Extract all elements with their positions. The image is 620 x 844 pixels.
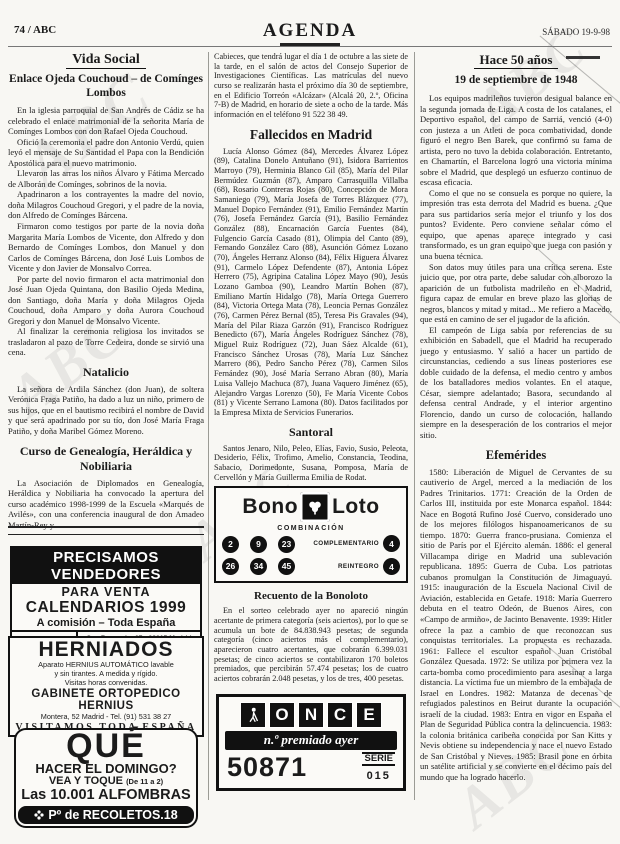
once-logo: O N C E bbox=[225, 702, 397, 728]
once-results-box: O N C E n.º premiado ayer 50871 SERIE 01… bbox=[216, 694, 406, 791]
recuento-paragraph: En el sorteo celebrado ayer no apareció … bbox=[214, 606, 408, 683]
enlace-paragraph: En la iglesia parroquial de San Andrés d… bbox=[8, 105, 204, 137]
bonoloto-logo: Bono Loto bbox=[222, 492, 400, 522]
reintegro-number: 4 bbox=[383, 558, 400, 575]
bonoloto-logo-left: Bono bbox=[242, 495, 298, 519]
ad-note: (De 11 a 2) bbox=[126, 777, 163, 786]
ad-big-word: QUÉ bbox=[18, 730, 194, 762]
hace50-paragraph: Como el que no se consuela es porque no … bbox=[420, 188, 612, 262]
enlace-paragraph: Por parte del novio firmaron el acta mat… bbox=[8, 274, 204, 327]
efemerides-heading: Efemérides bbox=[420, 448, 612, 463]
clover-icon bbox=[300, 492, 330, 522]
hace50-paragraph: El campeón de Liga sabía por referencias… bbox=[420, 325, 612, 441]
header-rule-accent bbox=[280, 43, 340, 46]
enlace-paragraph: Al finalizar la ceremonia religiosa los … bbox=[8, 326, 204, 358]
once-letter: O bbox=[269, 702, 295, 728]
column-agenda-center: Cabieces, que tendrá lugar el día 1 de o… bbox=[214, 52, 408, 838]
fallecidos-heading: Fallecidos en Madrid bbox=[214, 127, 408, 143]
header-rule bbox=[8, 46, 612, 47]
ad-line: PARA VENTA bbox=[12, 585, 200, 599]
ad-line: Las 10.001 ALFOMBRAS bbox=[18, 788, 194, 804]
enlace-paragraph: Firmaron como testigos por parte de la n… bbox=[8, 221, 204, 274]
bonoloto-number: 2 bbox=[222, 536, 239, 553]
ads-divider-rule bbox=[8, 526, 204, 535]
natalicio-paragraph: La señora de Ardila Sánchez (don Juan), … bbox=[8, 384, 204, 437]
flower-icon bbox=[34, 810, 44, 820]
bonoloto-number: 45 bbox=[278, 558, 295, 575]
ad-address-banner: Pº de RECOLETOS.18 bbox=[18, 806, 194, 824]
ad-line: A comisión – Toda España bbox=[12, 617, 200, 629]
bonoloto-results-box: Bono Loto COMBINACIÓN 2 9 23 26 34 45 bbox=[214, 486, 408, 583]
enlace-paragraph: Ofició la ceremonia el padre don Antonio… bbox=[8, 137, 204, 169]
hace50-paragraph: Son datos muy útiles para una crítica se… bbox=[420, 262, 612, 325]
bonoloto-numbers: 2 9 23 26 34 45 bbox=[222, 536, 299, 575]
once-tagline: n.º premiado ayer bbox=[225, 731, 397, 750]
hace50-heading: Hace 50 años bbox=[420, 52, 612, 68]
santoral-paragraph: Santos Jenaro, Nilo, Peleo, Elías, Favio… bbox=[214, 444, 408, 483]
hace50-paragraph: Los equipos madrileños tuvieron desigual… bbox=[420, 93, 612, 188]
enlace-paragraph: Apadrinaron a los contrayentes la madre … bbox=[8, 189, 204, 221]
serie-value: 015 bbox=[367, 770, 391, 782]
column-separator bbox=[414, 52, 415, 800]
ad-banner: PRECISAMOS VENDEDORES bbox=[12, 548, 200, 584]
bonoloto-number: 26 bbox=[222, 558, 239, 575]
complementary-label: COMPLEMENTARIO bbox=[313, 540, 379, 547]
bonoloto-number: 23 bbox=[278, 536, 295, 553]
blind-person-icon bbox=[240, 702, 266, 728]
efemerides-paragraph: 1580: Liberación de Miguel de Cervantes … bbox=[420, 467, 612, 783]
ad-line: HACER EL DOMINGO? bbox=[18, 762, 194, 775]
vida-social-heading: Vida Social bbox=[8, 52, 204, 68]
page-date: SÁBADO 19-9-98 bbox=[542, 27, 610, 37]
ad-line: GABINETE ORTOPEDICO HERNIUS bbox=[12, 688, 200, 712]
reintegro-label: REINTEGRO bbox=[338, 563, 379, 570]
curso-heading: Curso de Genealogía, Heráldica y Nobilia… bbox=[8, 444, 204, 474]
hace50-date-heading: 19 de septiembre de 1948 bbox=[420, 74, 612, 86]
recuento-heading: Recuento de la Bonoloto bbox=[214, 590, 408, 602]
santoral-heading: Santoral bbox=[214, 425, 408, 440]
column-vida-social: Vida Social Enlace Ojeda Couchoud – de C… bbox=[8, 52, 204, 838]
once-winning-number: 50871 bbox=[227, 754, 307, 781]
curso-continuation-paragraph: Cabieces, que tendrá lugar el día 1 de o… bbox=[214, 52, 408, 120]
ad-line: y sin tirantes. A medida y rígido. bbox=[12, 669, 200, 678]
fallecidos-list: Lucía Alonso Gómez (84), Mercedes Álvare… bbox=[214, 147, 408, 418]
ad-alfombras[interactable]: QUÉ HACER EL DOMINGO? VEA Y TOQUE (De 11… bbox=[14, 728, 198, 828]
bonoloto-logo-right: Loto bbox=[332, 495, 379, 519]
column-hace-50-anos: Hace 50 años 19 de septiembre de 1948 Lo… bbox=[420, 52, 612, 838]
ad-line: Aparato HERNIUS AUTOMÁTICO lavable bbox=[12, 660, 200, 669]
ad-herniados[interactable]: HERNIADOS Aparato HERNIUS AUTOMÁTICO lav… bbox=[8, 636, 204, 737]
combination-label: COMBINACIÓN bbox=[222, 525, 400, 532]
ad-address: Montera, 52 Madrid - Tel. (91) 531 38 27 bbox=[12, 712, 200, 721]
complementary-number: 4 bbox=[383, 535, 400, 552]
ad-title: HERNIADOS bbox=[12, 639, 200, 660]
ad-line: Visitas horas convenidas. bbox=[12, 678, 200, 687]
enlace-paragraph: Llevaron las arras los niños Álvaro y Fá… bbox=[8, 168, 204, 189]
curso-paragraph: La Asociación de Diplomados en Genealogí… bbox=[8, 478, 204, 531]
section-title-agenda: AGENDA bbox=[0, 20, 620, 42]
once-letter: E bbox=[356, 702, 382, 728]
enlace-heading: Enlace Ojeda Couchoud – de Comínges Lomb… bbox=[8, 73, 204, 100]
once-serie: SERIE 015 bbox=[362, 752, 395, 784]
once-letter: N bbox=[298, 702, 324, 728]
column-separator bbox=[208, 52, 209, 800]
natalicio-heading: Natalicio bbox=[8, 365, 204, 380]
bonoloto-number: 34 bbox=[250, 558, 267, 575]
bonoloto-number: 9 bbox=[250, 536, 267, 553]
serie-label: SERIE bbox=[362, 754, 395, 766]
ad-line: CALENDARIOS 1999 bbox=[12, 599, 200, 617]
once-letter: C bbox=[327, 702, 353, 728]
